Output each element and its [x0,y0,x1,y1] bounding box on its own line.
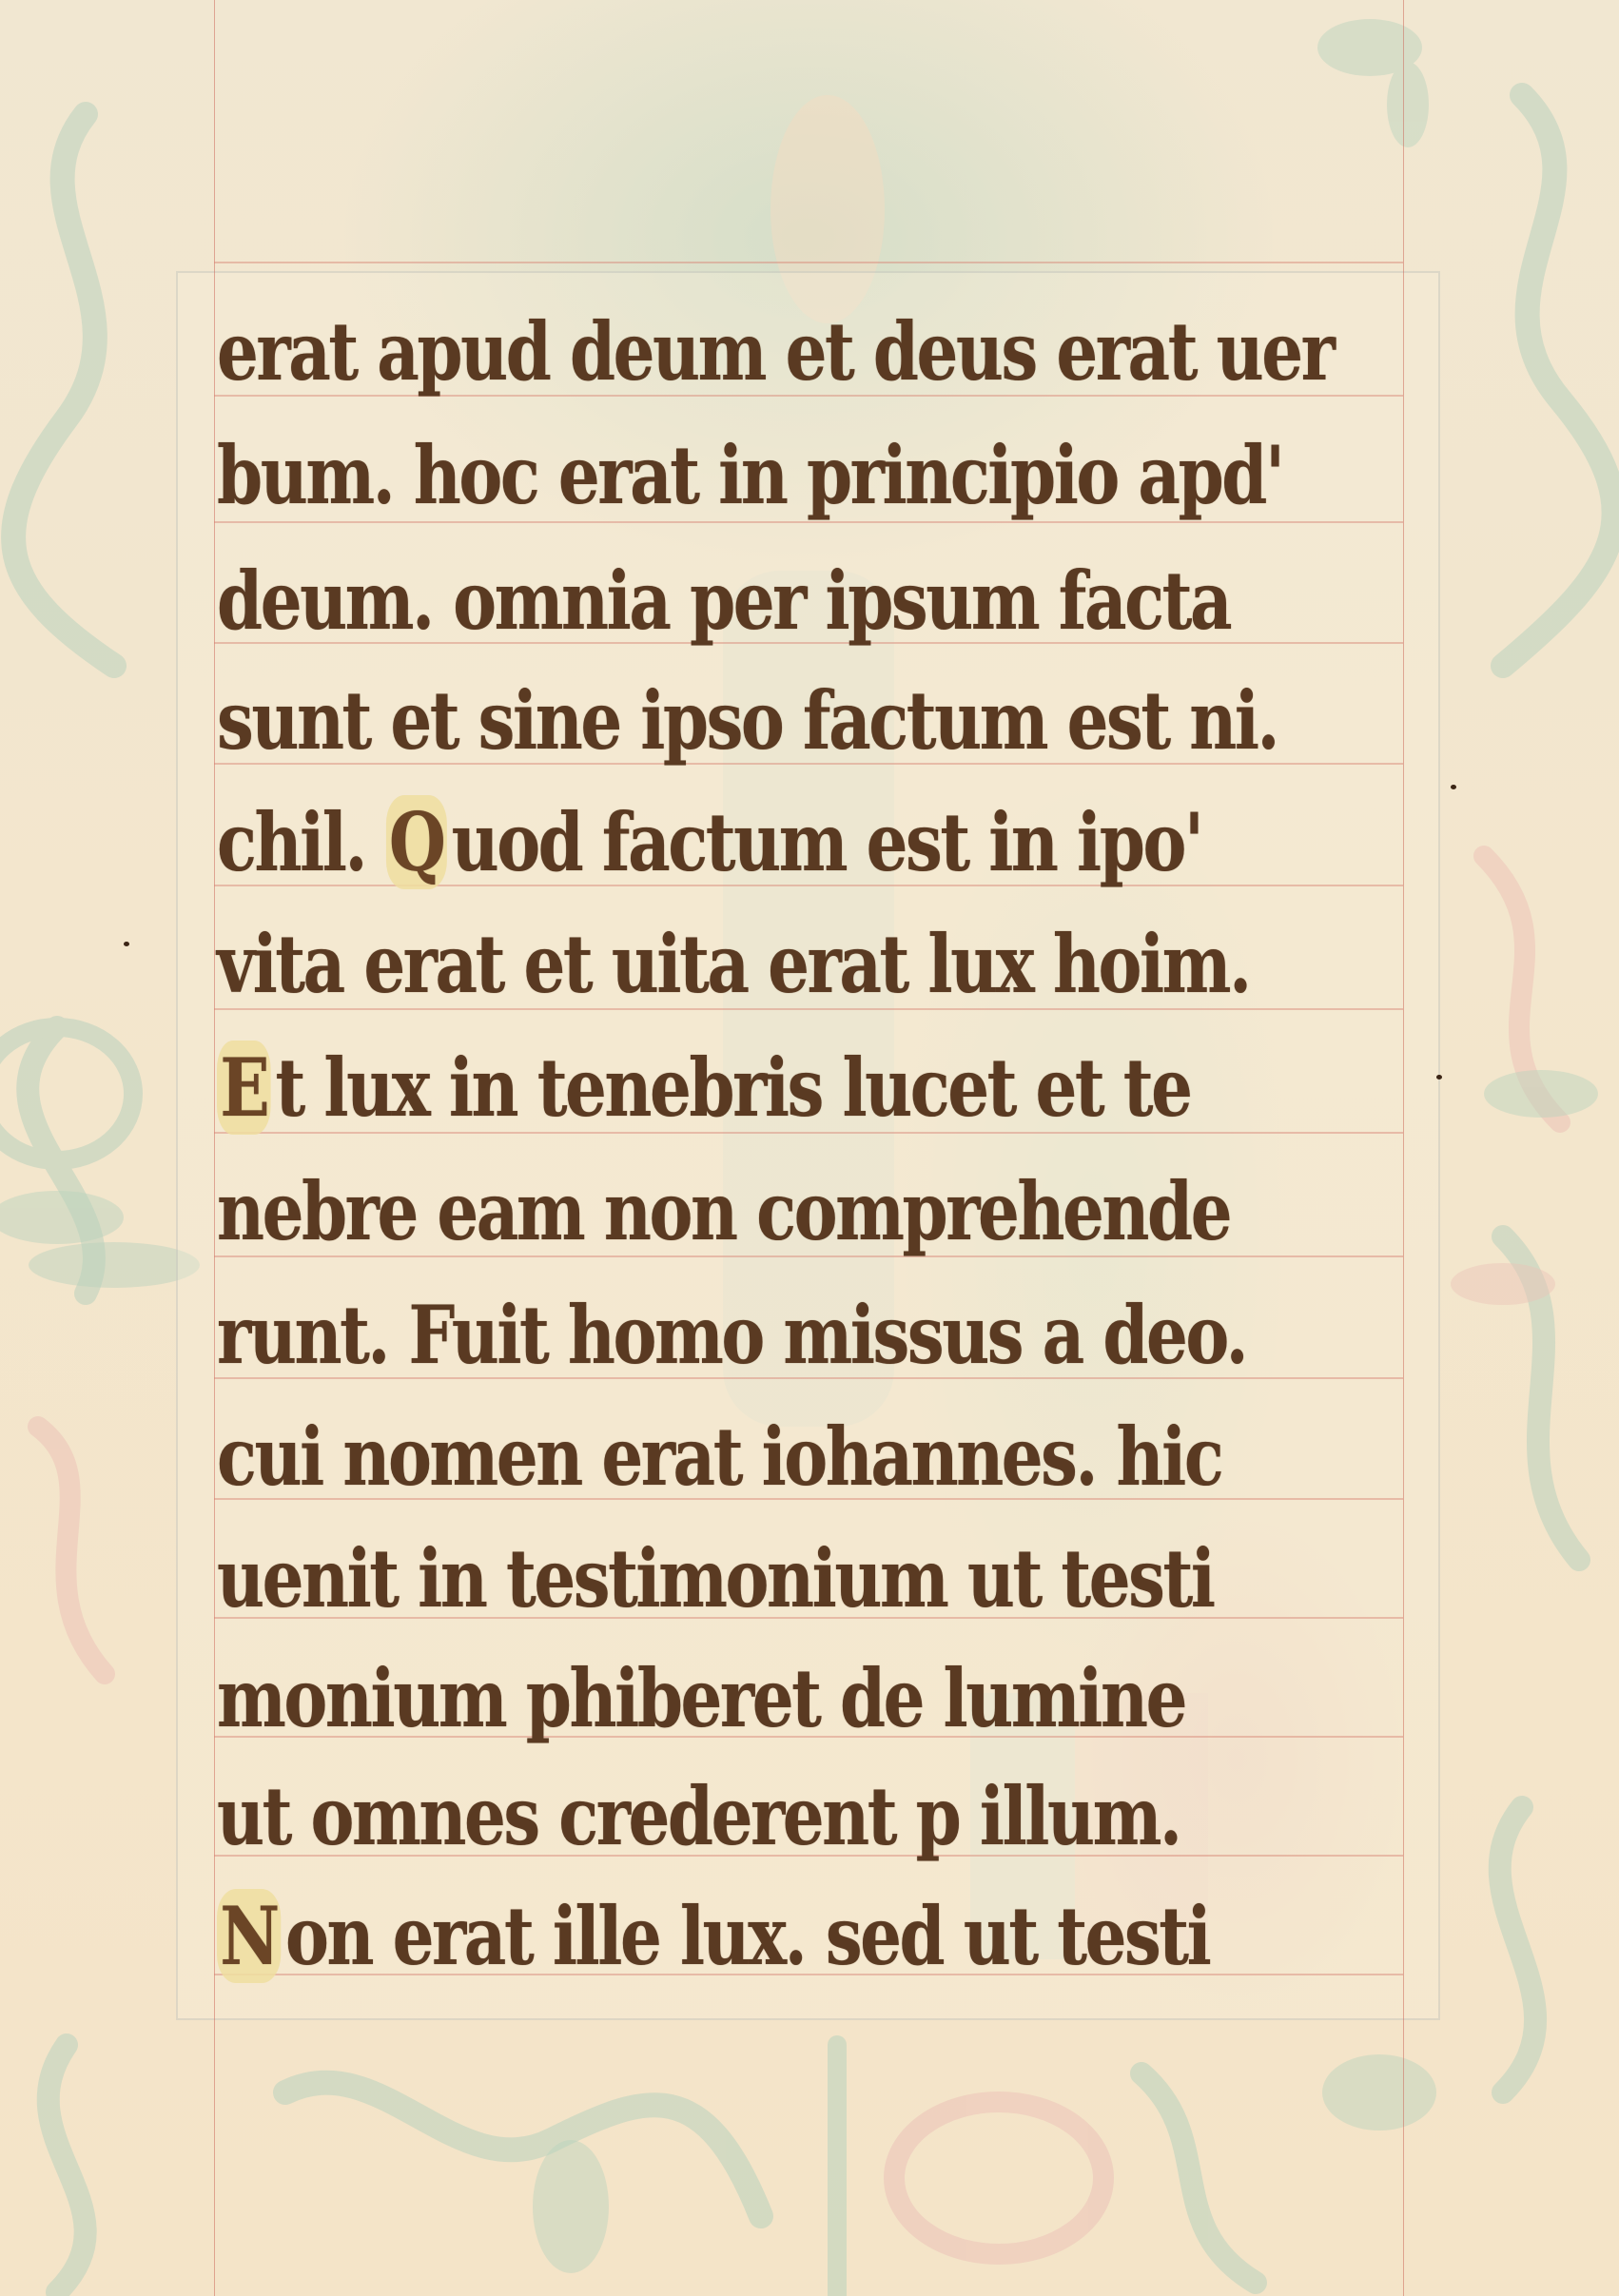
text-line-7: Et lux in tenebris lucet et te [217,1041,1190,1135]
decorated-initial-q: Q [386,795,447,889]
text-line-3: deum. omnia per ipsum facta [217,554,1230,648]
text-line-5: chil. Quod factum est in ipo' [217,795,1202,889]
right-margin-rule [1403,0,1404,2296]
text-line-12: monium phiberet de lumine [217,1651,1185,1745]
text-line-5-start: chil. [217,795,386,889]
ruling-line [214,262,1403,263]
text-line-7-rest: t lux in tenebris lucet et te [276,1041,1191,1135]
text-line-8: nebre eam non comprehende [217,1164,1230,1258]
text-line-9: runt. Fuit homo missus a deo. [217,1288,1246,1382]
text-line-6: vita erat et uita erat lux hoim. [217,917,1250,1011]
ink-speck [1451,785,1456,789]
text-line-13: ut omnes crederent p illum. [217,1769,1180,1863]
decorated-initial-e: E [217,1041,271,1135]
text-line-14: Non erat ille lux. sed ut testi [217,1889,1209,1983]
text-line-2: bum. hoc erat in principio apd' [217,428,1283,522]
text-line-4: sunt et sine ipso factum est ni. [217,673,1278,768]
text-line-14-rest: on erat ille lux. sed ut testi [285,1889,1209,1983]
text-frame [176,271,1440,2020]
text-line-5-rest: uod factum est in ipo' [452,795,1202,889]
ink-speck [124,942,129,946]
text-line-10: cui nomen erat iohannes. hic [217,1410,1221,1504]
text-line-11: uenit in testimonium ut testi [217,1531,1214,1625]
ink-speck [1436,1075,1442,1080]
manuscript-page: erat apud deum et deus erat uer bum. hoc… [0,0,1619,2296]
text-line-1: erat apud deum et deus erat uer [217,304,1333,399]
left-margin-rule [214,0,215,2296]
decorated-initial-n: N [217,1889,281,1983]
